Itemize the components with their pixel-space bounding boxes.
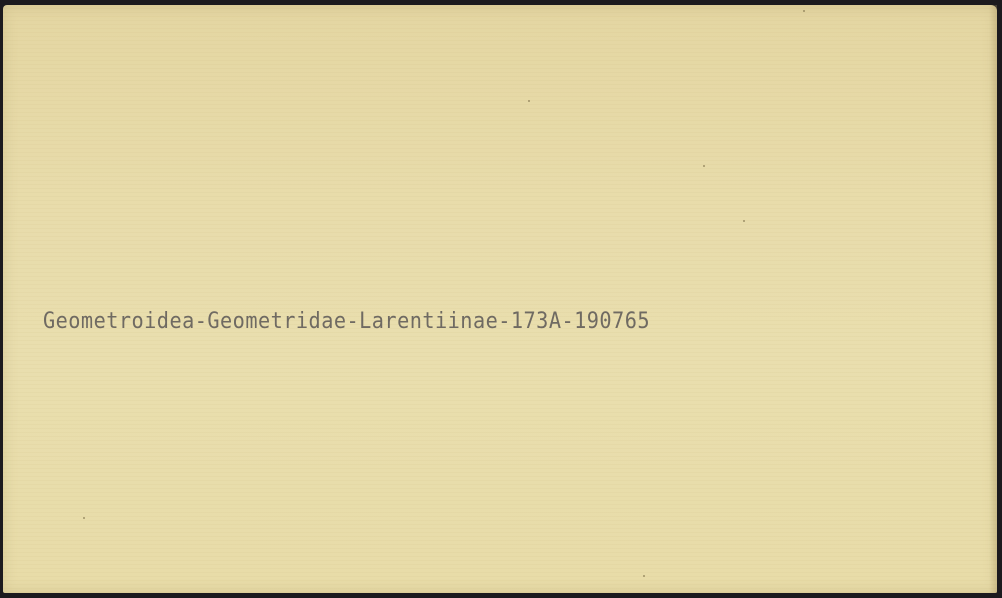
scan-background: Geometroidea-Geometridae-Larentiinae-173…	[0, 0, 1002, 598]
paper-speck	[643, 575, 645, 577]
paper-speck	[743, 220, 745, 222]
taxonomy-label: Geometroidea-Geometridae-Larentiinae-173…	[43, 309, 650, 334]
paper-speck	[803, 10, 805, 12]
paper-speck	[83, 517, 85, 519]
index-card: Geometroidea-Geometridae-Larentiinae-173…	[3, 5, 997, 593]
paper-speck	[528, 100, 530, 102]
paper-speck	[703, 165, 705, 167]
